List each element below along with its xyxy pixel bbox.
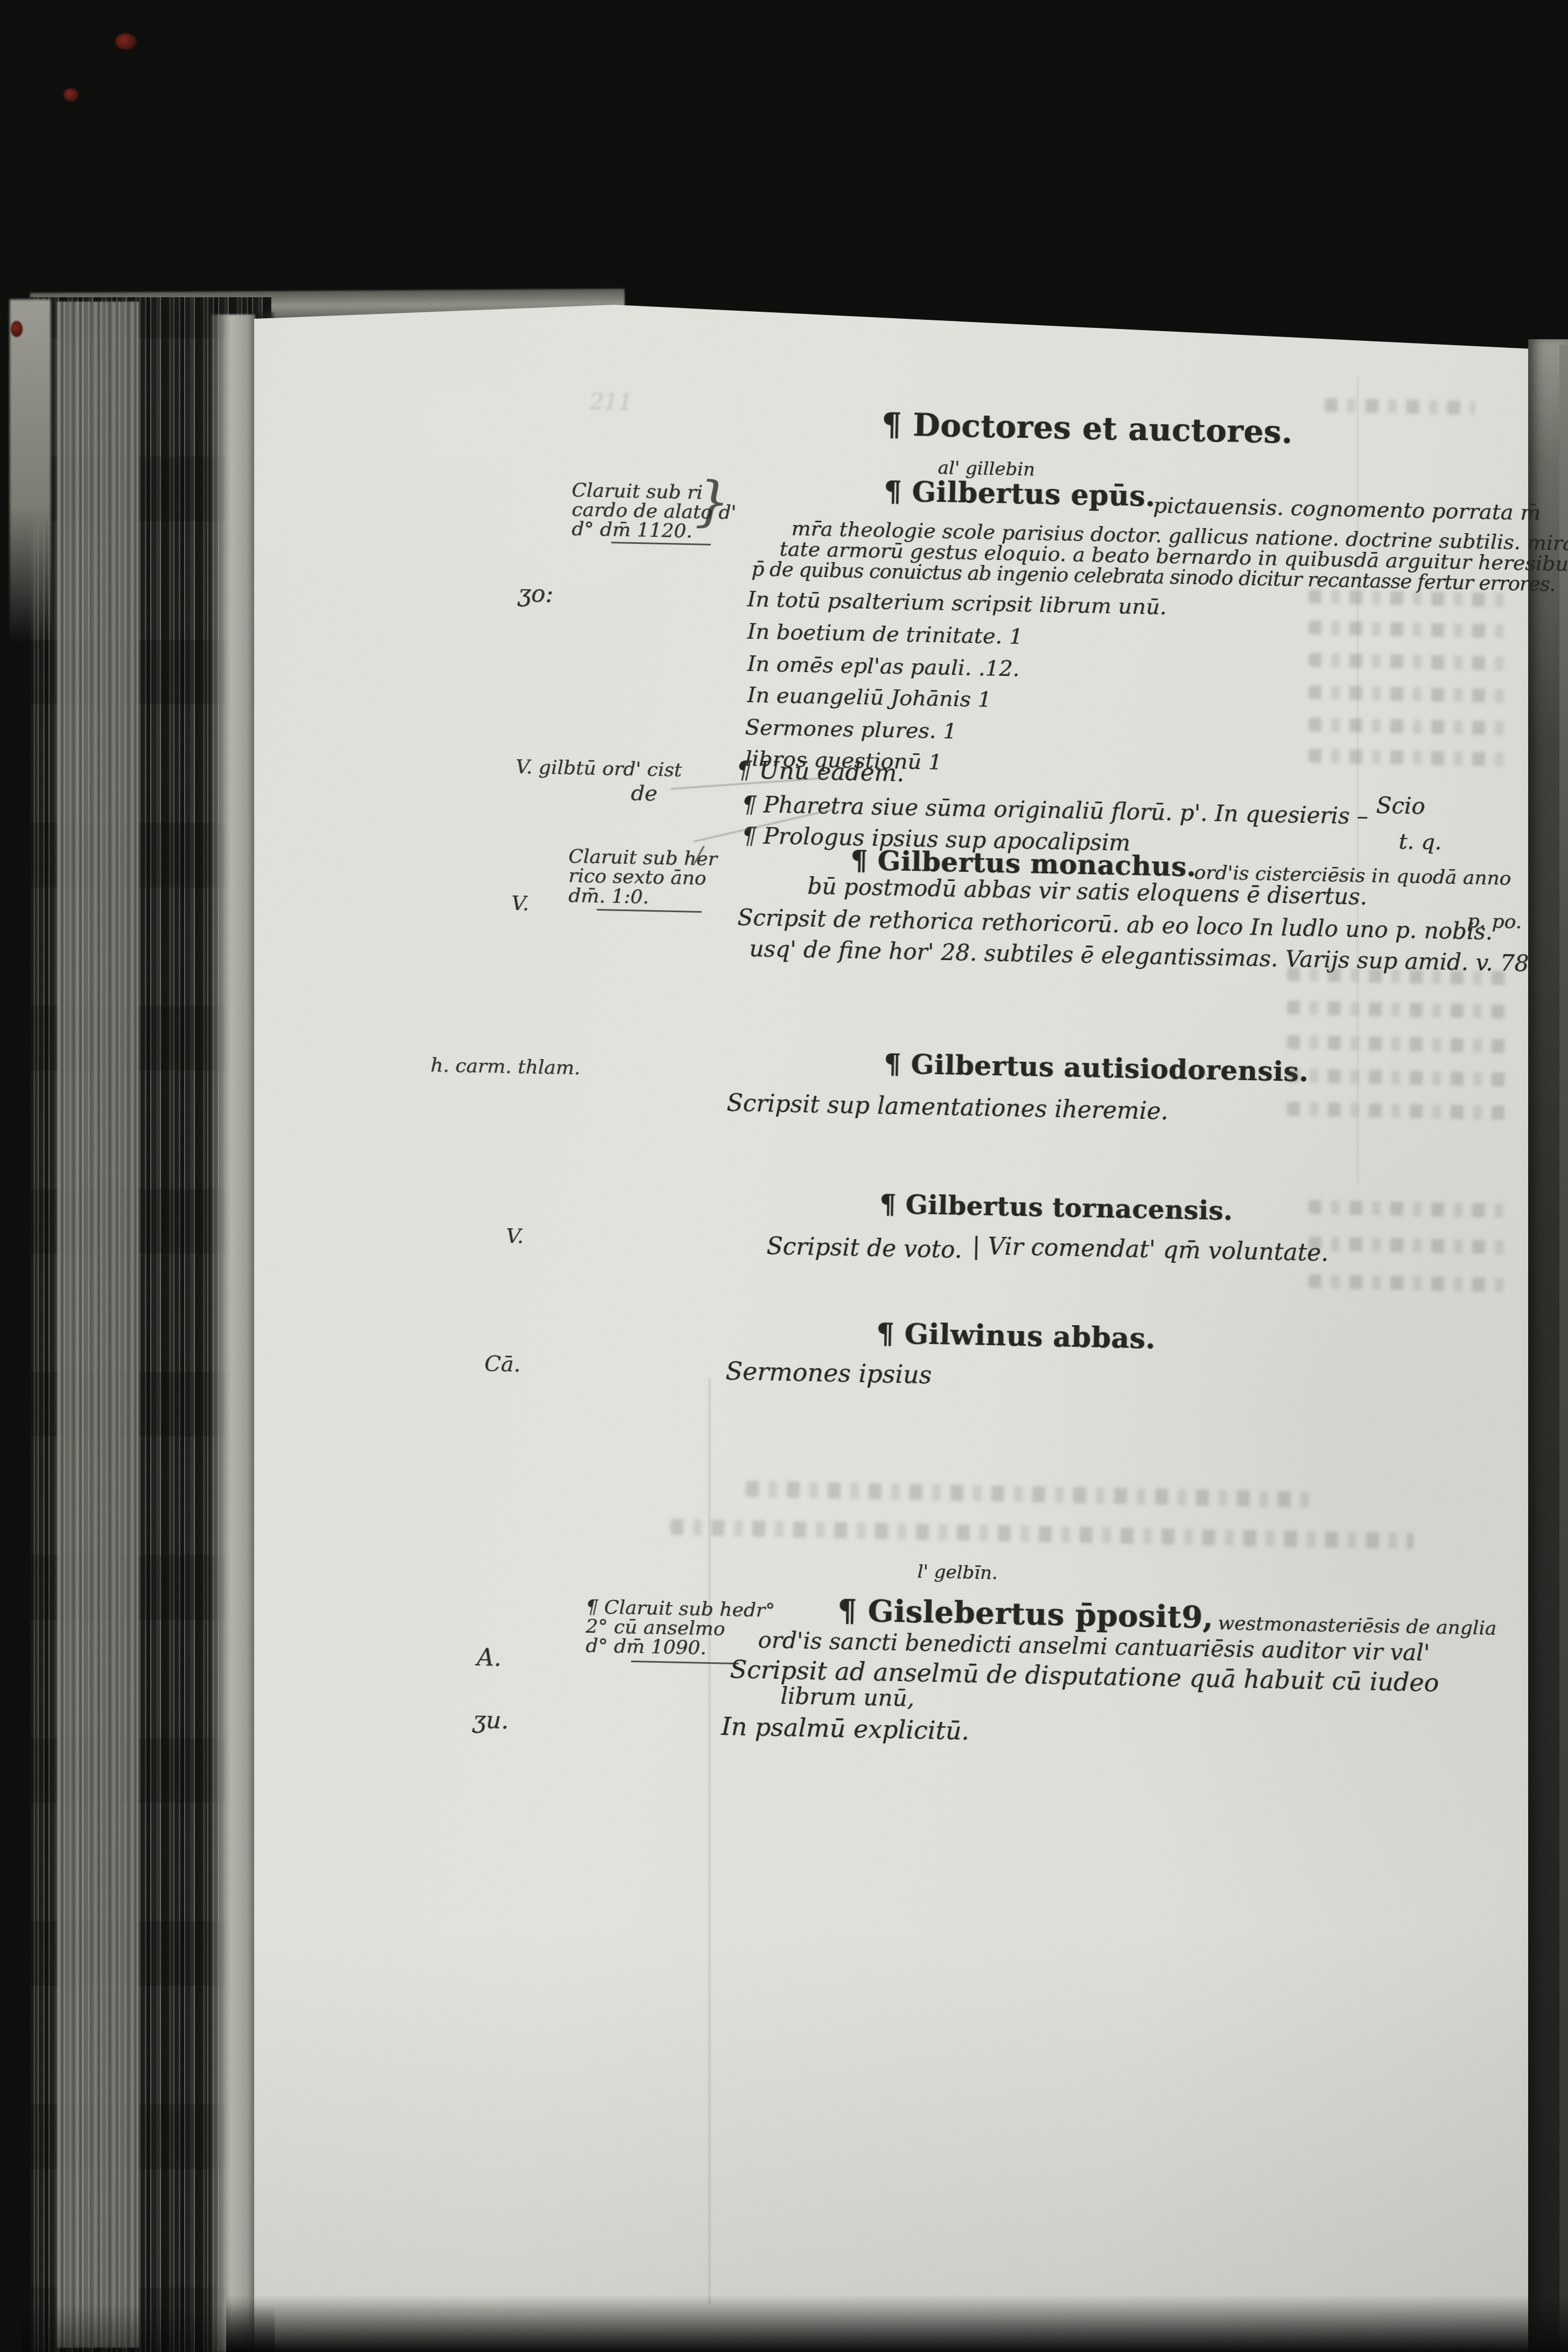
facing-page-edge (1559, 345, 1568, 2352)
margin-siglum-v: V. (506, 1226, 524, 1248)
margin-note-claruit-1120: d° dm̄ 1120. (571, 519, 692, 542)
entry-gilwinus-line: Sermones ipsius (725, 1358, 932, 1388)
work-line: In boetium de trinitate. 1 (747, 620, 1023, 648)
reference-tq: t. q. (1398, 830, 1442, 854)
margin-siglum-ca: Cā. (484, 1353, 521, 1376)
margin-de-mark: de (631, 782, 657, 805)
entry-gislebertus-heading: ¶ Gislebertus p̄posit9, (837, 1595, 1214, 1634)
red-speck (115, 33, 137, 50)
margin-siglum-zu: ʒu. (472, 1708, 509, 1733)
red-speck (11, 321, 23, 337)
margin-note-claruit-1090: d° dm̄ 1090. (585, 1636, 706, 1658)
side-reference: p. po. (1467, 911, 1522, 933)
entry-gislebertus-interlinear: l' gelbīn. (917, 1563, 998, 1584)
page-title: ¶ Doctores et auctores. (881, 408, 1293, 449)
work-line: In omēs epl'as pauli. .12. (747, 653, 1020, 681)
entry-tornacensis-heading: ¶ Gilbertus tornacensis. (879, 1191, 1233, 1225)
margin-note-v-gilbtu: V. gilbtū ord' cist (515, 757, 682, 781)
entry-gislebertus-line: In psalmū explicitū. (721, 1713, 970, 1744)
page-stack-highlight (10, 299, 51, 644)
margin-note-claruit-170: dm̄. 1:0. (568, 886, 649, 908)
red-speck (64, 88, 79, 101)
margin-siglum-a: A. (477, 1646, 502, 1671)
work-line: Sermones plures. 1 (745, 716, 957, 743)
page-stack-light-band (57, 302, 139, 2348)
margin-siglum-zor: ʒo: (517, 582, 554, 607)
entry-episcopus-heading: ¶ Gilbertus epūs. (884, 477, 1156, 512)
manuscript-photo: 211 ¶ Doctores et auctores. al' gillebin… (0, 0, 1568, 2352)
margin-note-h-carm: h. carm. thlam. (430, 1055, 580, 1079)
margin-flourish: / (695, 843, 703, 866)
margin-siglum-v: V. (511, 893, 529, 915)
work-line: In euangeliū Johānis 1 (747, 684, 991, 711)
folio-number-faint: 211 (589, 390, 633, 415)
fold-line (709, 1378, 710, 2305)
bottom-shadow (226, 2295, 1568, 2352)
entry-gislebertus-line: librum unū, (780, 1684, 914, 1711)
margin-brace-mark: } (695, 473, 730, 530)
entry-tornacensis-line-a: Scripsit de voto. (766, 1234, 962, 1263)
entry-gilwinus-heading: ¶ Gilwinus abbas. (876, 1319, 1156, 1354)
showthrough-smear (1325, 398, 1475, 415)
stack-bottom-shadow (22, 2305, 275, 2352)
reference-scio: Scio (1376, 794, 1425, 818)
